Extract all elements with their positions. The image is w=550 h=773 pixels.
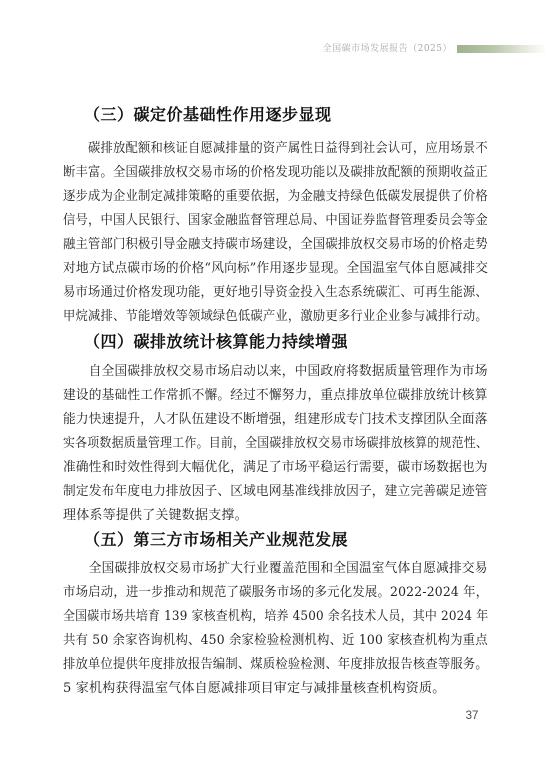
document-page: 全国碳市场发展报告（2025） （三）碳定价基础性作用逐步显现 碳排放配额和核证… bbox=[0, 0, 550, 773]
body-text-line: 断丰富。全国碳排放权交易市场的价格发现功能以及碳排放配额的预期收益正 bbox=[63, 161, 465, 185]
body-text-line: 自全国碳排放权交易市场启动以来，中国政府将数据质量管理作为市场 bbox=[63, 360, 477, 384]
section-body: 碳排放配额和核证自愿减排量的资产属性日益得到社会认可，应用场景不断丰富。全国碳排… bbox=[63, 137, 488, 329]
body-text-line: 排放单位提供年度排放报告编制、煤质检验检测、年度排放报告核查等服务。 bbox=[63, 653, 465, 677]
page-header: 全国碳市场发展报告（2025） bbox=[0, 44, 550, 54]
body-text-line: 理体系等提供了关键数据支撑。 bbox=[63, 504, 488, 528]
section-heading: （四）碳排放统计核算能力持续增强 bbox=[63, 330, 488, 353]
body-text-line: 市场启动，进一步推动和规范了碳服务市场的多元化发展。2022-2024 年， bbox=[63, 581, 468, 605]
report-section: （三）碳定价基础性作用逐步显现 碳排放配额和核证自愿减排量的资产属性日益得到社会… bbox=[63, 103, 488, 329]
page-content: （三）碳定价基础性作用逐步显现 碳排放配额和核证自愿减排量的资产属性日益得到社会… bbox=[63, 94, 488, 701]
body-text-line: 5 家机构获得温室气体自愿减排项目审定与减排量核查机构资质。 bbox=[63, 677, 488, 701]
header-gradient-bar bbox=[457, 45, 547, 53]
report-section: （四）碳排放统计核算能力持续增强 自全国碳排放权交易市场启动以来，中国政府将数据… bbox=[63, 330, 488, 528]
body-text-line: 实各项数据质量管理工作。目前，全国碳排放权交易市场碳排放核算的规范性、 bbox=[63, 432, 454, 456]
body-text-line: 建设的基础性工作常抓不懈。经过不懈努力，重点排放单位碳排放统计核算 bbox=[63, 384, 477, 408]
body-text-line: 制定发布年度电力排放因子、区域电网基准线排放因子，建立完善碳足迹管 bbox=[63, 480, 477, 504]
section-body: 全国碳排放权交易市场扩大行业覆盖范围和全国温室气体自愿减排交易市场启动，进一步推… bbox=[63, 557, 488, 701]
body-text-line: 信号，中国人民银行、国家金融监督管理总局、中国证券监督管理委员会等金 bbox=[63, 209, 465, 233]
body-text-line: 全国碳排放权交易市场扩大行业覆盖范围和全国温室气体自愿减排交易 bbox=[63, 557, 477, 581]
section-heading: （三）碳定价基础性作用逐步显现 bbox=[63, 103, 488, 126]
report-section: （五）第三方市场相关产业规范发展 全国碳排放权交易市场扩大行业覆盖范围和全国温室… bbox=[63, 528, 488, 701]
running-header-title: 全国碳市场发展报告（2025） bbox=[323, 44, 452, 54]
body-text-line: 甲烷减排、节能增效等领域绿色低碳产业，激励更多行业企业参与减排行动。 bbox=[63, 305, 465, 329]
body-text-line: 准确性和时效性得到大幅优化，满足了市场平稳运行需要，碳市场数据也为 bbox=[63, 456, 477, 480]
body-text-line: 全国碳市场共培育 139 家核查机构，培养 4500 余名技术人员，其中 202… bbox=[63, 605, 454, 629]
body-text-line: 能力快速提升，人才队伍建设不断增强，组建形成专门技术支撑团队全面落 bbox=[63, 408, 477, 432]
section-heading: （五）第三方市场相关产业规范发展 bbox=[63, 528, 488, 551]
body-text-line: 逐步成为企业制定减排策略的重要依据，为金融支持绿色低碳发展提供了价格 bbox=[63, 185, 465, 209]
body-text-line: 碳排放配额和核证自愿减排量的资产属性日益得到社会认可，应用场景不 bbox=[63, 137, 465, 161]
body-text-line: 对地方试点碳市场的价格“风向标”作用逐步显现。全国温室气体自愿减排交 bbox=[63, 257, 477, 281]
body-text-line: 易市场通过价格发现功能，更好地引导资金投入生态系统碳汇、可再生能源、 bbox=[63, 281, 465, 305]
body-text-line: 共有 50 余家咨询机构、450 余家检验检测机构、近 100 家核查机构为重点 bbox=[63, 629, 468, 653]
body-text-line: 融主管部门积极引导金融支持碳市场建设，全国碳排放权交易市场的价格走势 bbox=[63, 233, 465, 257]
page-number: 37 bbox=[456, 710, 488, 722]
section-body: 自全国碳排放权交易市场启动以来，中国政府将数据质量管理作为市场建设的基础性工作常… bbox=[63, 360, 488, 528]
